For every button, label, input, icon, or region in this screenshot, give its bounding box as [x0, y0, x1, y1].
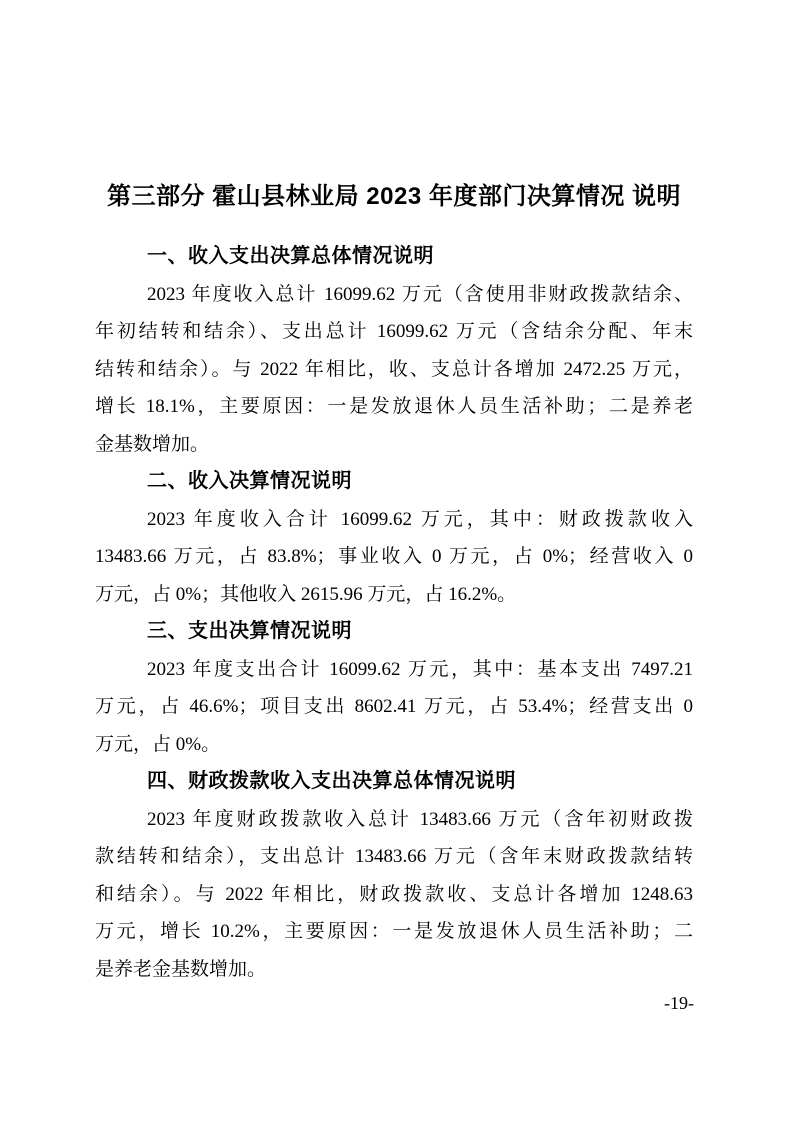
sections-container: 一、收入支出决算总体情况说明2023 年度收入总计 16099.62 万元（含使… — [95, 238, 693, 988]
paragraph-line: 2023 年度收入总计 16099.62 万元（含使用非财政拨款结余、 — [95, 276, 693, 314]
paragraph-line: 2023 年度收入合计 16099.62 万元，其中：财政拨款收入 — [95, 501, 693, 539]
paragraph-line: 万元，占 0%。 — [95, 726, 693, 764]
paragraph-line: 2023 年度支出合计 16099.62 万元，其中：基本支出 7497.21 — [95, 651, 693, 689]
paragraph-line: 增长 18.1%，主要原因：一是发放退休人员生活补助；二是养老 — [95, 388, 693, 426]
section-heading: 三、支出决算情况说明 — [95, 613, 693, 651]
page-number: -19- — [664, 990, 694, 1016]
paragraph-line: 2023 年度财政拨款收入总计 13483.66 万元（含年初财政拨 — [95, 801, 693, 839]
paragraph-line: 和结余）。与 2022 年相比，财政拨款收、支总计各增加 1248.63 — [95, 876, 693, 914]
document-title: 第三部分 霍山县林业局 2023 年度部门决算情况 说明 — [95, 180, 693, 214]
section-heading: 四、财政拨款收入支出决算总体情况说明 — [95, 763, 693, 801]
paragraph-line: 万元，占 0%；其他收入 2615.96 万元，占 16.2%。 — [95, 576, 693, 614]
paragraph-line: 结转和结余）。与 2022 年相比，收、支总计各增加 2472.25 万元， — [95, 351, 693, 389]
paragraph-line: 年初结转和结余）、支出总计 16099.62 万元（含结余分配、年末 — [95, 313, 693, 351]
paragraph-line: 是养老金基数增加。 — [95, 951, 693, 989]
paragraph-line: 金基数增加。 — [95, 426, 693, 464]
paragraph-line: 款结转和结余），支出总计 13483.66 万元（含年末财政拨款结转 — [95, 838, 693, 876]
section-heading: 一、收入支出决算总体情况说明 — [95, 238, 693, 276]
paragraph-line: 万元，占 46.6%；项目支出 8602.41 万元，占 53.4%；经营支出 … — [95, 688, 693, 726]
document-page: 第三部分 霍山县林业局 2023 年度部门决算情况 说明 一、收入支出决算总体情… — [0, 0, 793, 1122]
section-heading: 二、收入决算情况说明 — [95, 463, 693, 501]
paragraph-line: 万元，增长 10.2%，主要原因：一是发放退休人员生活补助；二 — [95, 913, 693, 951]
paragraph-line: 13483.66 万元，占 83.8%；事业收入 0 万元，占 0%；经营收入 … — [95, 538, 693, 576]
document-content: 第三部分 霍山县林业局 2023 年度部门决算情况 说明 一、收入支出决算总体情… — [95, 180, 693, 988]
